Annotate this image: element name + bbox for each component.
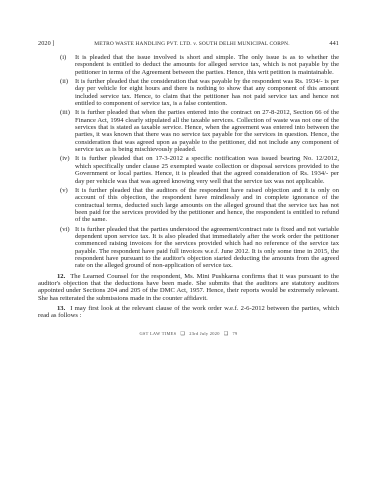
body-paragraph: 13.I may first look at the relevant clau… — [38, 305, 339, 320]
plea-label: (v) — [60, 187, 75, 224]
pleas-list: (i) It is pleaded that the issue involve… — [60, 54, 339, 270]
footer-date: 23rd July 2020 — [189, 331, 220, 336]
scanned-law-report-page: 2020 ] METRO WASTE HANDLING PVT. LTD. v.… — [0, 0, 370, 480]
header-case-title: METRO WASTE HANDLING PVT. LTD. v. SOUTH … — [55, 41, 330, 47]
plea-text: It is further pleaded that on 17-3-2012 … — [75, 155, 339, 184]
paragraph-text: I may first look at the relevant clause … — [38, 305, 339, 319]
plea-label: (iii) — [60, 109, 75, 153]
header-year: 2020 ] — [38, 40, 55, 47]
paragraph-text: The Learned Counsel for the respondent, … — [38, 273, 339, 302]
page-footer: GST LAW TIMES❑23rd July 2020❑79 — [38, 331, 339, 337]
plea-label: (iv) — [60, 155, 75, 184]
plea-label: (ii) — [60, 78, 75, 107]
running-head: 2020 ] METRO WASTE HANDLING PVT. LTD. v.… — [38, 40, 339, 47]
square-separator-icon: ❑ — [180, 332, 185, 337]
body-paragraph: 12.The Learned Counsel for the responden… — [38, 273, 339, 302]
plea-label: (vi) — [60, 226, 75, 270]
footer-page-number: 79 — [233, 331, 238, 336]
plea-text: It is further pleaded that when the part… — [75, 109, 339, 153]
plea-text: It is further pleaded that the parties u… — [75, 226, 339, 270]
header-page-number: 441 — [329, 40, 339, 47]
plea-label: (i) — [60, 54, 75, 76]
plea-text: It is further pleaded that the auditors … — [75, 187, 339, 224]
paragraph-number: 13. — [57, 305, 65, 312]
list-item: (ii) It is further pleaded that the cons… — [60, 78, 339, 107]
footer-journal: GST LAW TIMES — [139, 331, 176, 336]
list-item: (iii) It is further pleaded that when th… — [60, 109, 339, 153]
paragraph-number: 12. — [57, 273, 65, 280]
square-separator-icon: ❑ — [224, 332, 229, 337]
list-item: (iv) It is further pleaded that on 17-3-… — [60, 155, 339, 184]
plea-text: It is further pleaded that the considera… — [75, 78, 339, 107]
list-item: (i) It is pleaded that the issue involve… — [60, 54, 339, 76]
list-item: (v) It is further pleaded that the audit… — [60, 187, 339, 224]
plea-text: It is pleaded that the issue involved is… — [75, 54, 339, 76]
list-item: (vi) It is further pleaded that the part… — [60, 226, 339, 270]
